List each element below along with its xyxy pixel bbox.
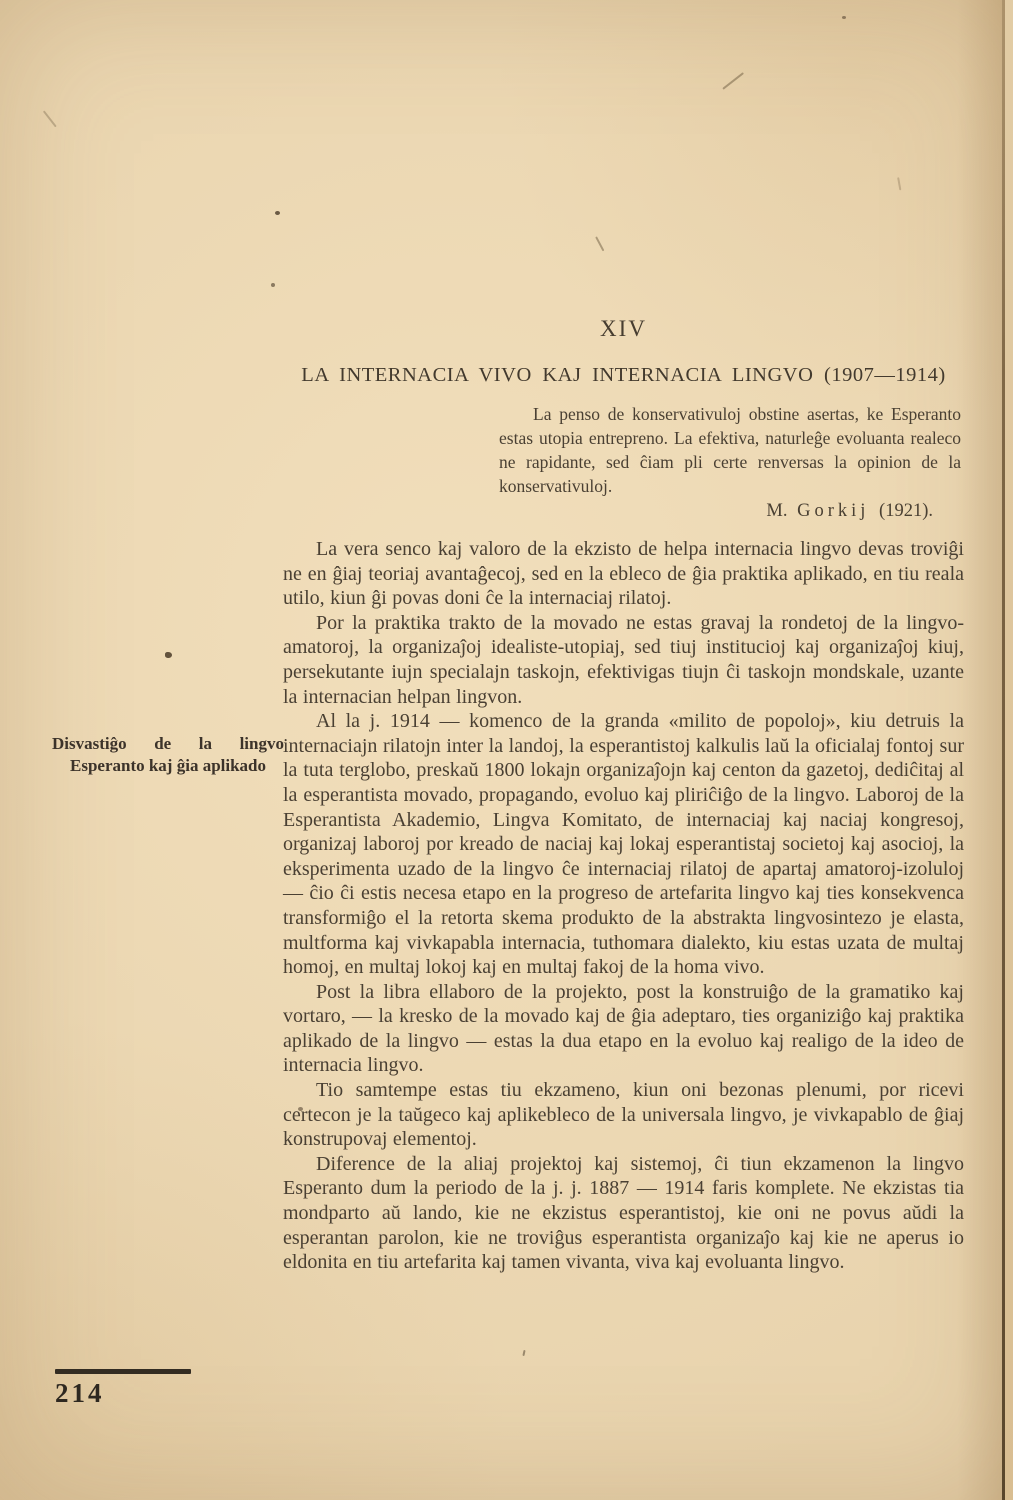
scratch-mark: [722, 72, 743, 89]
signature-year: (1921).: [879, 501, 933, 521]
ink-speck: [842, 16, 846, 19]
ink-speck: [522, 1350, 525, 1356]
ink-speck: [275, 211, 280, 215]
ink-speck: [165, 652, 172, 658]
page-number: 214: [55, 1378, 191, 1409]
page-edge-outer: [1005, 0, 1013, 1500]
body-paragraph: Tio samtempe estas tiu ekzameno, kiun on…: [283, 1078, 964, 1152]
signature-name: Gorkij: [797, 501, 869, 521]
page-footer: 214: [55, 1369, 191, 1409]
footer-rule: [55, 1369, 191, 1374]
scratch-mark: [43, 110, 56, 127]
page-edge-shadow: [957, 0, 1005, 1500]
body-paragraph: Diference de la aliaj projektoj kaj sist…: [283, 1152, 964, 1275]
body-paragraph: Post la libra ellaboro de la projekto, p…: [283, 980, 964, 1078]
body-paragraph: La vera senco kaj valoro de la ekzisto d…: [283, 537, 964, 611]
body-paragraph: Al la j. 1914 — komenco de la granda «mi…: [283, 709, 964, 980]
signature-initial: M.: [766, 501, 787, 521]
chapter-numeral: XIV: [283, 316, 964, 342]
body-text: La vera senco kaj valoro de la ekzisto d…: [283, 537, 964, 1275]
margin-note: Disvastiĝo de la lingvo Esperanto kaj ĝi…: [52, 733, 284, 777]
body-paragraph: Por la praktika trakto de la movado ne e…: [283, 611, 964, 709]
epigraph-quote: La penso de konservativuloj obstine aser…: [499, 402, 961, 498]
chapter-title: LA INTERNACIA VIVO KAJ INTERNACIA LINGVO…: [233, 364, 1013, 387]
epigraph-signature: M. Gorkij (1921).: [499, 501, 961, 522]
book-page: Disvastiĝo de la lingvo Esperanto kaj ĝi…: [0, 0, 1013, 1500]
text-column: XIV LA INTERNACIA VIVO KAJ INTERNACIA LI…: [283, 316, 964, 1275]
scratch-mark: [898, 177, 902, 190]
ink-speck: [271, 283, 275, 287]
scratch-mark: [596, 236, 605, 251]
